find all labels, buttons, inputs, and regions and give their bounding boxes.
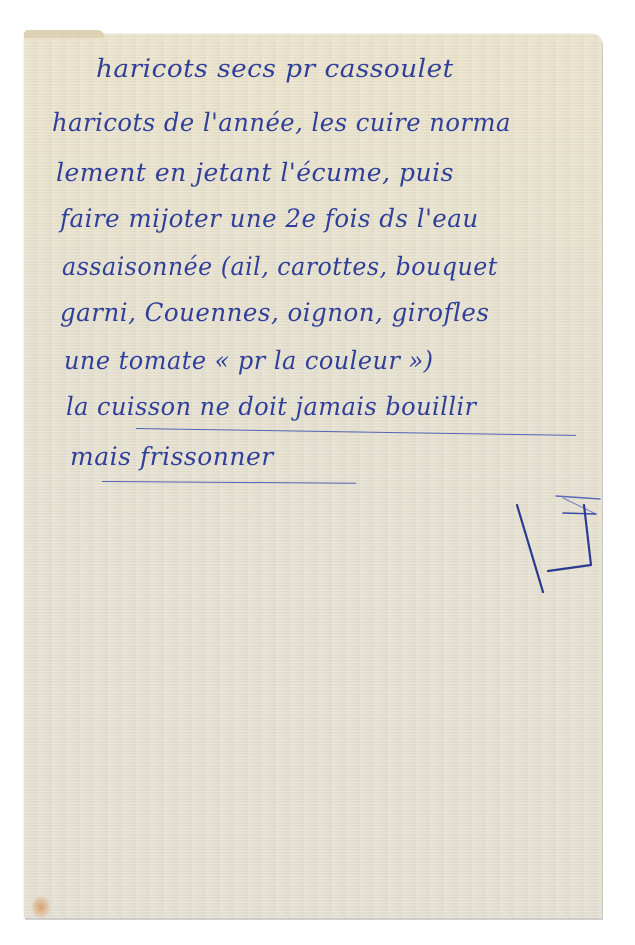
handwritten-text: haricots secs pr cassoulet haricots de l… [0,0,635,945]
bracket-mark-icon [0,0,635,945]
